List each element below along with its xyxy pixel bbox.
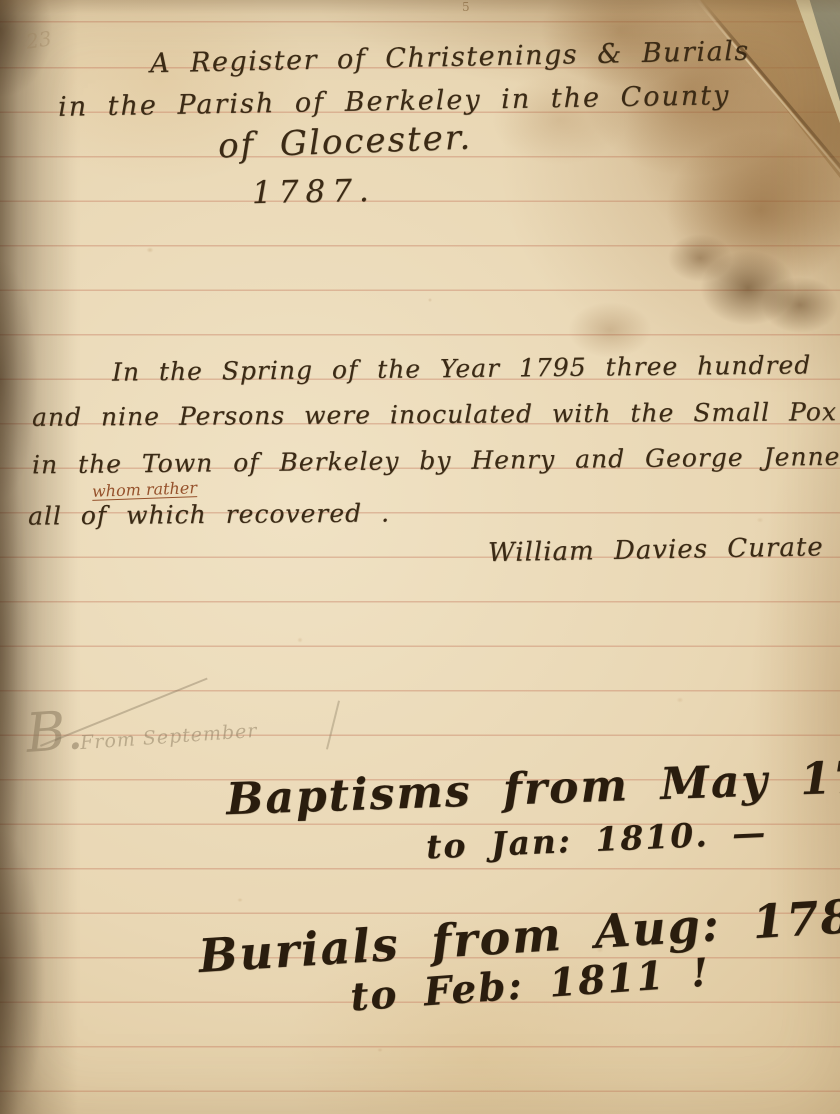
heading-line-3: of Glocester. bbox=[217, 118, 472, 167]
manuscript-page: 23 5 A Register of Christenings & Burial… bbox=[0, 0, 840, 1114]
curate-signature: William Davies Curate . bbox=[488, 532, 840, 568]
corner-background-sliver bbox=[794, 0, 840, 118]
interline-correction: whom rather bbox=[92, 478, 198, 501]
corner-edge-highlight bbox=[782, 0, 840, 140]
faint-corner-mark: 23 bbox=[24, 26, 53, 53]
heading-line-1: A Register of Christenings & Burials bbox=[150, 36, 750, 80]
heading-line-2: in the Parish of Berkeley in the County bbox=[58, 80, 731, 123]
note-line-2: and nine Persons were inoculated with th… bbox=[32, 397, 837, 432]
pencil-note: From September bbox=[79, 720, 258, 754]
baptisms-range-line-2: to Jan: 1810. — bbox=[425, 813, 768, 867]
page-number: 5 bbox=[462, 0, 470, 14]
note-line-3: in the Town of Berkeley by Henry and Geo… bbox=[32, 442, 840, 480]
note-line-4: all of which recovered . bbox=[28, 498, 390, 530]
heading-year: 1787. bbox=[252, 173, 376, 211]
pencil-stray-stroke bbox=[326, 701, 340, 750]
note-line-1: In the Spring of the Year 1795 three hun… bbox=[112, 350, 812, 386]
